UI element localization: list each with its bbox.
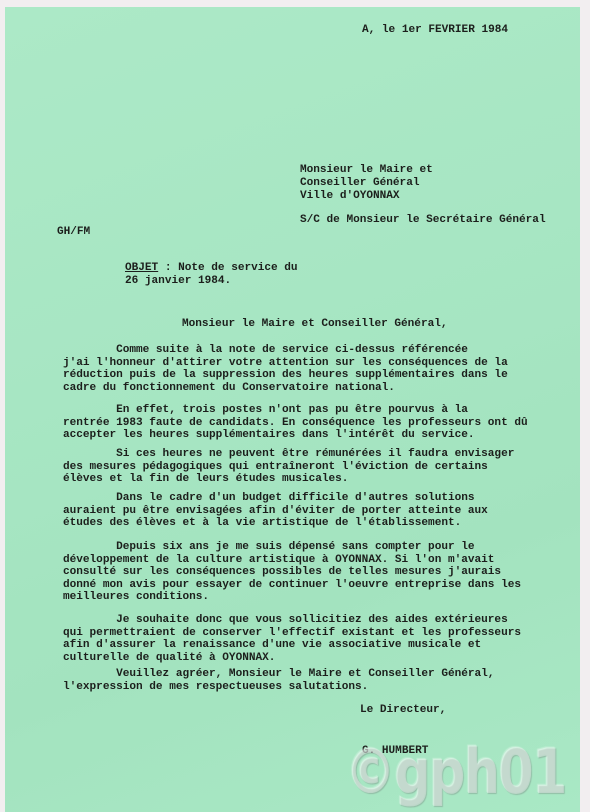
body-line: culturelle de qualité à OYONNAX. <box>63 652 275 665</box>
recipient-line-1: Monsieur le Maire et <box>300 164 433 177</box>
reference: GH/FM <box>57 226 90 239</box>
body-line: donné mon avis pour essayer de continuer… <box>63 579 521 592</box>
body-line: l'expression de mes respectueuses saluta… <box>63 681 368 694</box>
body-line: Si ces heures ne peuvent être rémunérées… <box>63 448 514 461</box>
copyright-watermark: ©gph01 <box>345 735 566 808</box>
subject-text-2: 26 janvier 1984. <box>125 275 231 288</box>
body-line: réduction puis de la suppression des heu… <box>63 369 508 382</box>
body-line: auraient pu être envisagées afin d'évite… <box>63 505 488 518</box>
signature-title: Le Directeur, <box>360 704 446 717</box>
body-line: cadre du fonctionnement du Conservatoire… <box>63 382 395 395</box>
body-line: accepter les heures supplémentaires dans… <box>63 429 475 442</box>
body-line: meilleures conditions. <box>63 591 209 604</box>
subject-text-1: : Note de service du <box>158 262 297 274</box>
body-line: Comme suite à la note de service ci-dess… <box>63 344 468 357</box>
date-line: A, le 1er FEVRIER 1984 <box>362 24 508 37</box>
body-line: afin d'assurer la renaissance d'une vie … <box>63 639 481 652</box>
body-line: qui permettraient de conserver l'effecti… <box>63 627 521 640</box>
subject: OBJET : Note de service du <box>125 262 298 275</box>
via-line: S/C de Monsieur le Secrétaire Général <box>300 214 546 227</box>
body-line: En effet, trois postes n'ont pas pu être… <box>63 404 468 417</box>
body-line: j'ai l'honneur d'attirer votre attention… <box>63 357 508 370</box>
body-line: Je souhaite donc que vous sollicitiez de… <box>63 614 508 627</box>
body-line: Dans le cadre d'un budget difficile d'au… <box>63 492 475 505</box>
body-line: des mesures pédagogiques qui entraîneron… <box>63 461 488 474</box>
body-line: rentrée 1983 faute de candidats. En cons… <box>63 417 528 430</box>
body-line: développement de la culture artistique à… <box>63 554 494 567</box>
salutation: Monsieur le Maire et Conseiller Général, <box>182 318 448 331</box>
body-line: consulté sur les conséquences possibles … <box>63 566 501 579</box>
body-line: études des élèves et à la vie artistique… <box>63 517 461 530</box>
recipient-line-3: Ville d'OYONNAX <box>300 190 400 203</box>
subject-label: OBJET <box>125 262 158 274</box>
body-line: Depuis six ans je me suis dépensé sans c… <box>63 541 475 554</box>
recipient-line-2: Conseiller Général <box>300 177 419 190</box>
body-line: Veuillez agréer, Monsieur le Maire et Co… <box>63 668 494 681</box>
body-line: élèves et la fin de leurs études musical… <box>63 473 348 486</box>
